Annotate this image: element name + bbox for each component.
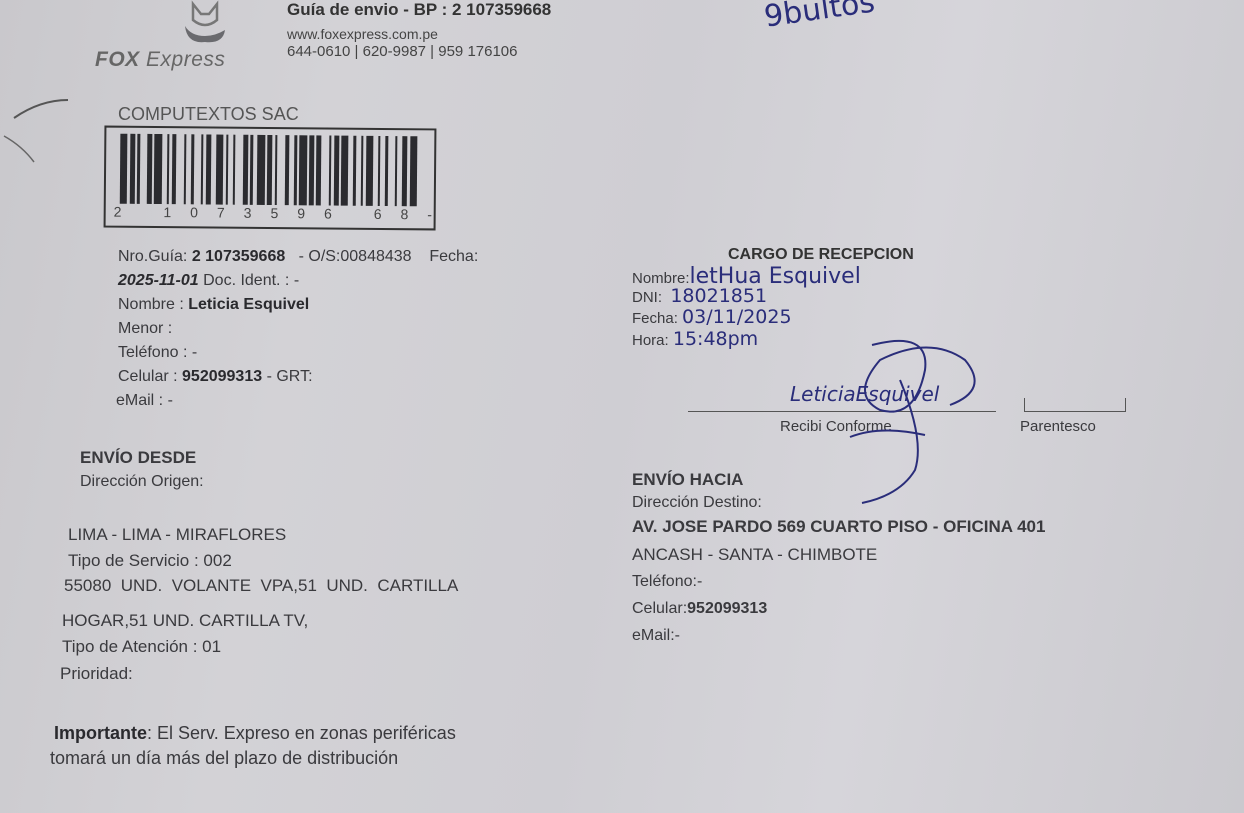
priority: Prioridad:: [60, 664, 133, 684]
order-service: - O/S:00848438: [299, 248, 412, 265]
important-notice-line-2: tomará un día más del plazo de distribuc…: [50, 748, 398, 769]
contents-line-2: HOGAR,51 UND. CARTILLA TV,: [62, 611, 308, 631]
origin-address-label: Dirección Origen:: [80, 473, 204, 491]
service-type: Tipo de Servicio : 002: [68, 551, 232, 571]
destination-title: ENVÍO HACIA: [632, 470, 743, 490]
email-row: eMail : -: [116, 392, 173, 410]
fox-express-logo: FOX Express: [95, 0, 285, 78]
destination-cellphone: 952099313: [687, 600, 767, 617]
handwritten-date: 03/11/2025: [682, 306, 792, 328]
date-row: 2025-11-01 Doc. Ident. : -: [118, 272, 299, 290]
reception-dni-row: DNI: 18021851: [632, 285, 767, 307]
fox-logo-icon: [175, 0, 235, 45]
origin-location: LIMA - LIMA - MIRAFLORES: [68, 525, 286, 545]
name-row: Nombre : Leticia Esquivel: [118, 296, 309, 314]
brand-name: FOX Express: [95, 48, 225, 72]
handwritten-package-count: 9bultos: [762, 0, 877, 35]
reception-title: CARGO DE RECEPCION: [728, 246, 914, 264]
handwritten-time: 15:48pm: [673, 328, 758, 350]
destination-location: ANCASH - SANTA - CHIMBOTE: [632, 545, 877, 565]
contact-phones: 644-0610 | 620-9987 | 959 176106: [287, 43, 518, 60]
reception-time-row: Hora: 15:48pm: [632, 328, 758, 350]
barcode-bars: [120, 134, 421, 207]
cellphone-number: 952099313: [182, 368, 262, 385]
menor-row: Menor :: [118, 320, 172, 338]
destination-address-label: Dirección Destino:: [632, 494, 762, 512]
cellphone-row: Celular : 952099313 - GRT:: [118, 368, 313, 386]
phone-row: Teléfono : -: [118, 344, 197, 362]
guide-number: 2 107359668: [192, 248, 285, 265]
destination-phone: Teléfono:-: [632, 573, 702, 591]
relationship-line: [1024, 398, 1126, 412]
issue-date: 2025-11-01: [118, 272, 199, 289]
relationship-label: Parentesco: [1020, 418, 1096, 435]
guide-number-row: Nro.Guía: 2 107359668 - O/S:00848438 Fec…: [118, 248, 478, 266]
recipient-name: Leticia Esquivel: [188, 296, 309, 313]
guide-title: Guía de envio - BP : 2 107359668: [287, 0, 551, 20]
received-label: Recibi Conforme: [780, 418, 892, 435]
destination-cellphone-row: Celular:952099313: [632, 600, 767, 618]
handwritten-dni: 18021851: [670, 285, 767, 307]
destination-email: eMail:-: [632, 627, 680, 645]
destination-address: AV. JOSE PARDO 569 CUARTO PISO - OFICINA…: [632, 517, 1045, 537]
origin-title: ENVÍO DESDE: [80, 448, 196, 468]
important-notice: Importante: El Serv. Expreso en zonas pe…: [54, 723, 456, 744]
signature: LeticiaEsquivel: [790, 382, 939, 406]
signature-line: [688, 411, 996, 412]
barcode-digits: 2 1073596 68-: [114, 204, 424, 223]
barcode: 2 1073596 68-: [104, 126, 437, 231]
reception-date-row: Fecha: 03/11/2025: [632, 306, 792, 328]
website-url: www.foxexpress.com.pe: [287, 26, 438, 42]
attention-type: Tipo de Atención : 01: [62, 637, 221, 657]
company-name: COMPUTEXTOS SAC: [118, 104, 299, 125]
contents-line-1: 55080 UND. VOLANTE VPA,51 UND. CARTILLA: [64, 576, 458, 596]
